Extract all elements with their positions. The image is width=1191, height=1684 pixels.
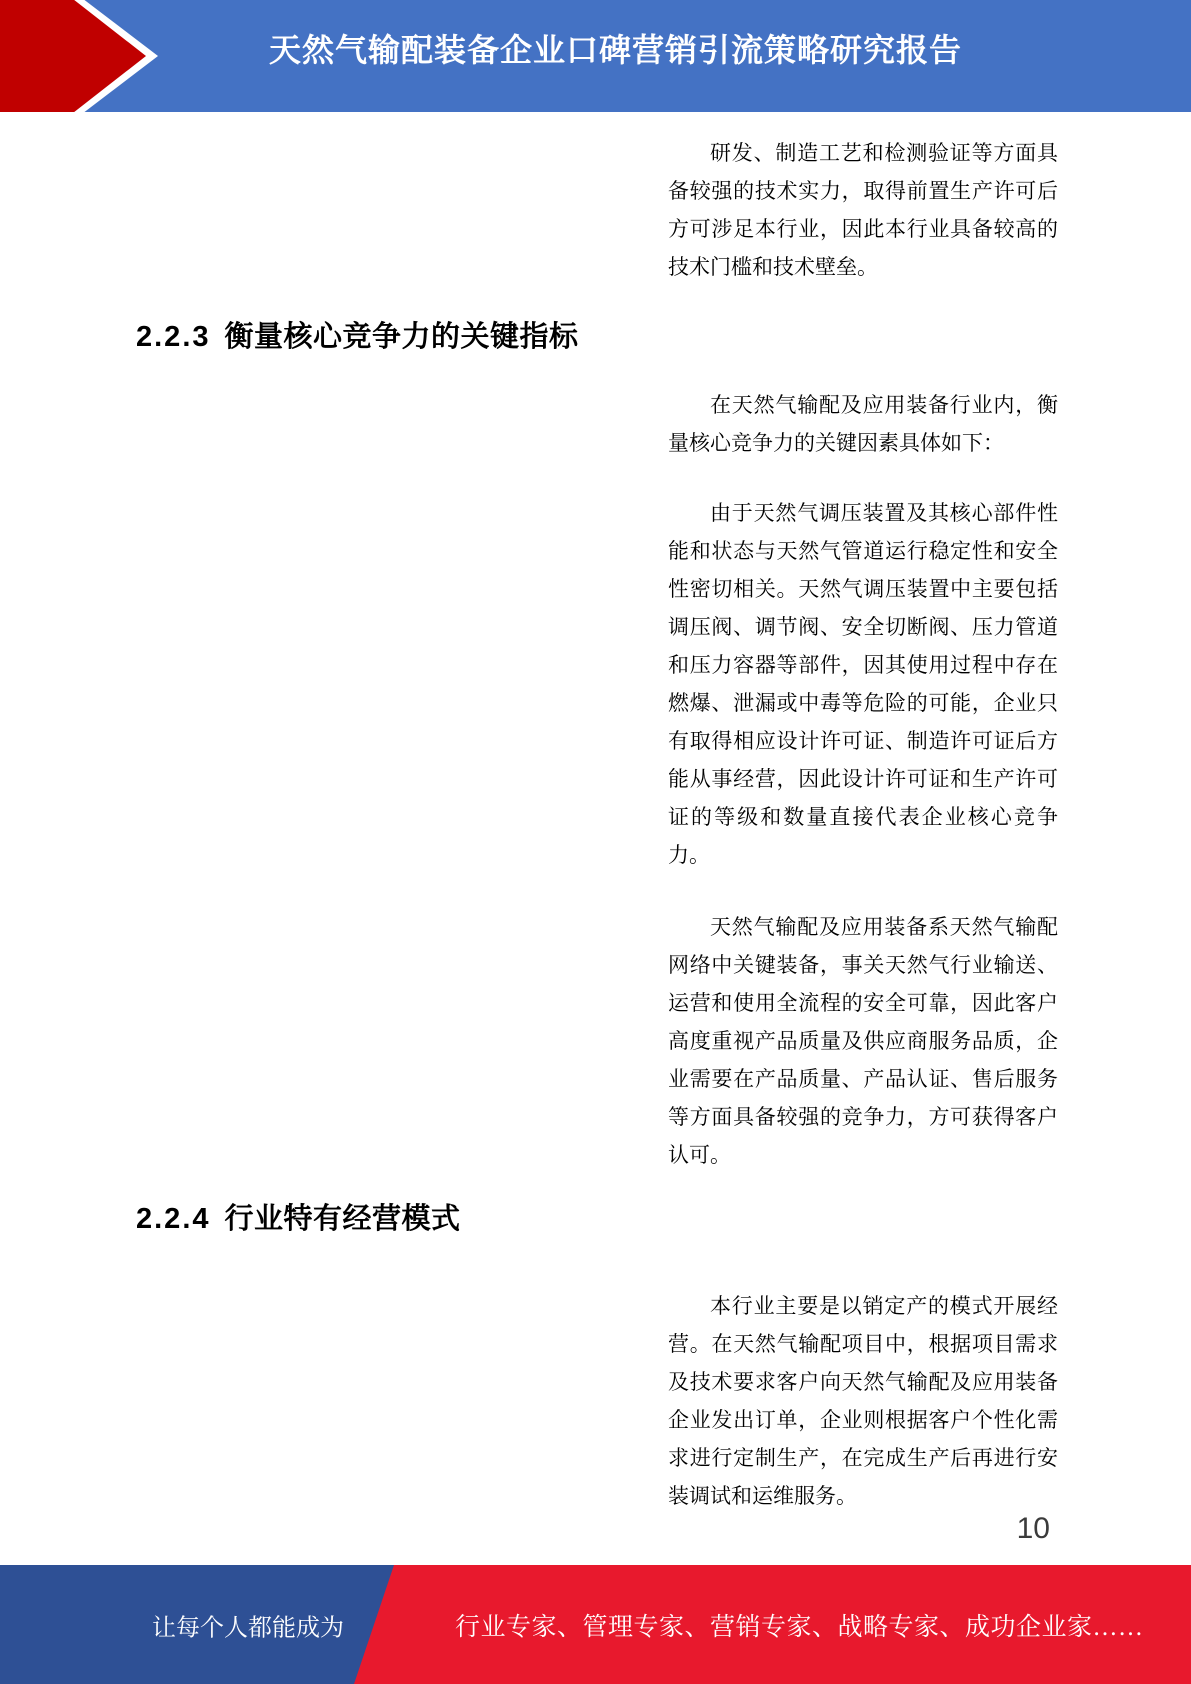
section-title: 行业特有经营模式 [225, 1203, 461, 1235]
paragraph-technical-barriers: 研发、制造工艺和检测验证等方面具备较强的技术实力，取得前置生产许可后方可涉足本行… [668, 134, 1058, 286]
section-number: 2.2.4 [136, 1203, 211, 1236]
paragraph-build-to-order-model: 本行业主要是以销定产的模式开展经营。在天然气输配项目中，根据项目需求及技术要求客… [668, 1287, 1058, 1515]
footer-banner: 让每个人都能成为 行业专家、管理专家、营销专家、战略专家、成功企业家…… [0, 1565, 1191, 1684]
footer-slogan-left: 让每个人都能成为 [152, 1607, 344, 1642]
paragraph-key-factors-intro: 在天然气输配及应用装备行业内，衡量核心竞争力的关键因素具体如下： [668, 386, 1058, 462]
header-banner: 天然气输配装备企业口碑营销引流策略研究报告 [0, 0, 1191, 112]
report-title: 天然气输配装备企业口碑营销引流策略研究报告 [0, 0, 1191, 96]
paragraph-pressure-regulation-licenses: 由于天然气调压装置及其核心部件性能和状态与天然气管道运行稳定性和安全性密切相关。… [668, 494, 1058, 874]
section-number: 2.2.3 [136, 321, 211, 354]
section-heading-2-2-3: 2.2.3衡量核心竞争力的关键指标 [136, 314, 579, 355]
footer-slogan-right: 行业专家、管理专家、营销专家、战略专家、成功企业家…… [455, 1607, 1144, 1643]
section-title: 衡量核心竞争力的关键指标 [225, 321, 579, 353]
document-page: 天然气输配装备企业口碑营销引流策略研究报告 研发、制造工艺和检测验证等方面具备较… [0, 0, 1191, 1684]
page-number: 10 [970, 1512, 1050, 1546]
paragraph-quality-competitiveness: 天然气输配及应用装备系天然气输配网络中关键装备，事关天然气行业输送、运营和使用全… [668, 908, 1058, 1174]
section-heading-2-2-4: 2.2.4行业特有经营模式 [136, 1196, 461, 1237]
